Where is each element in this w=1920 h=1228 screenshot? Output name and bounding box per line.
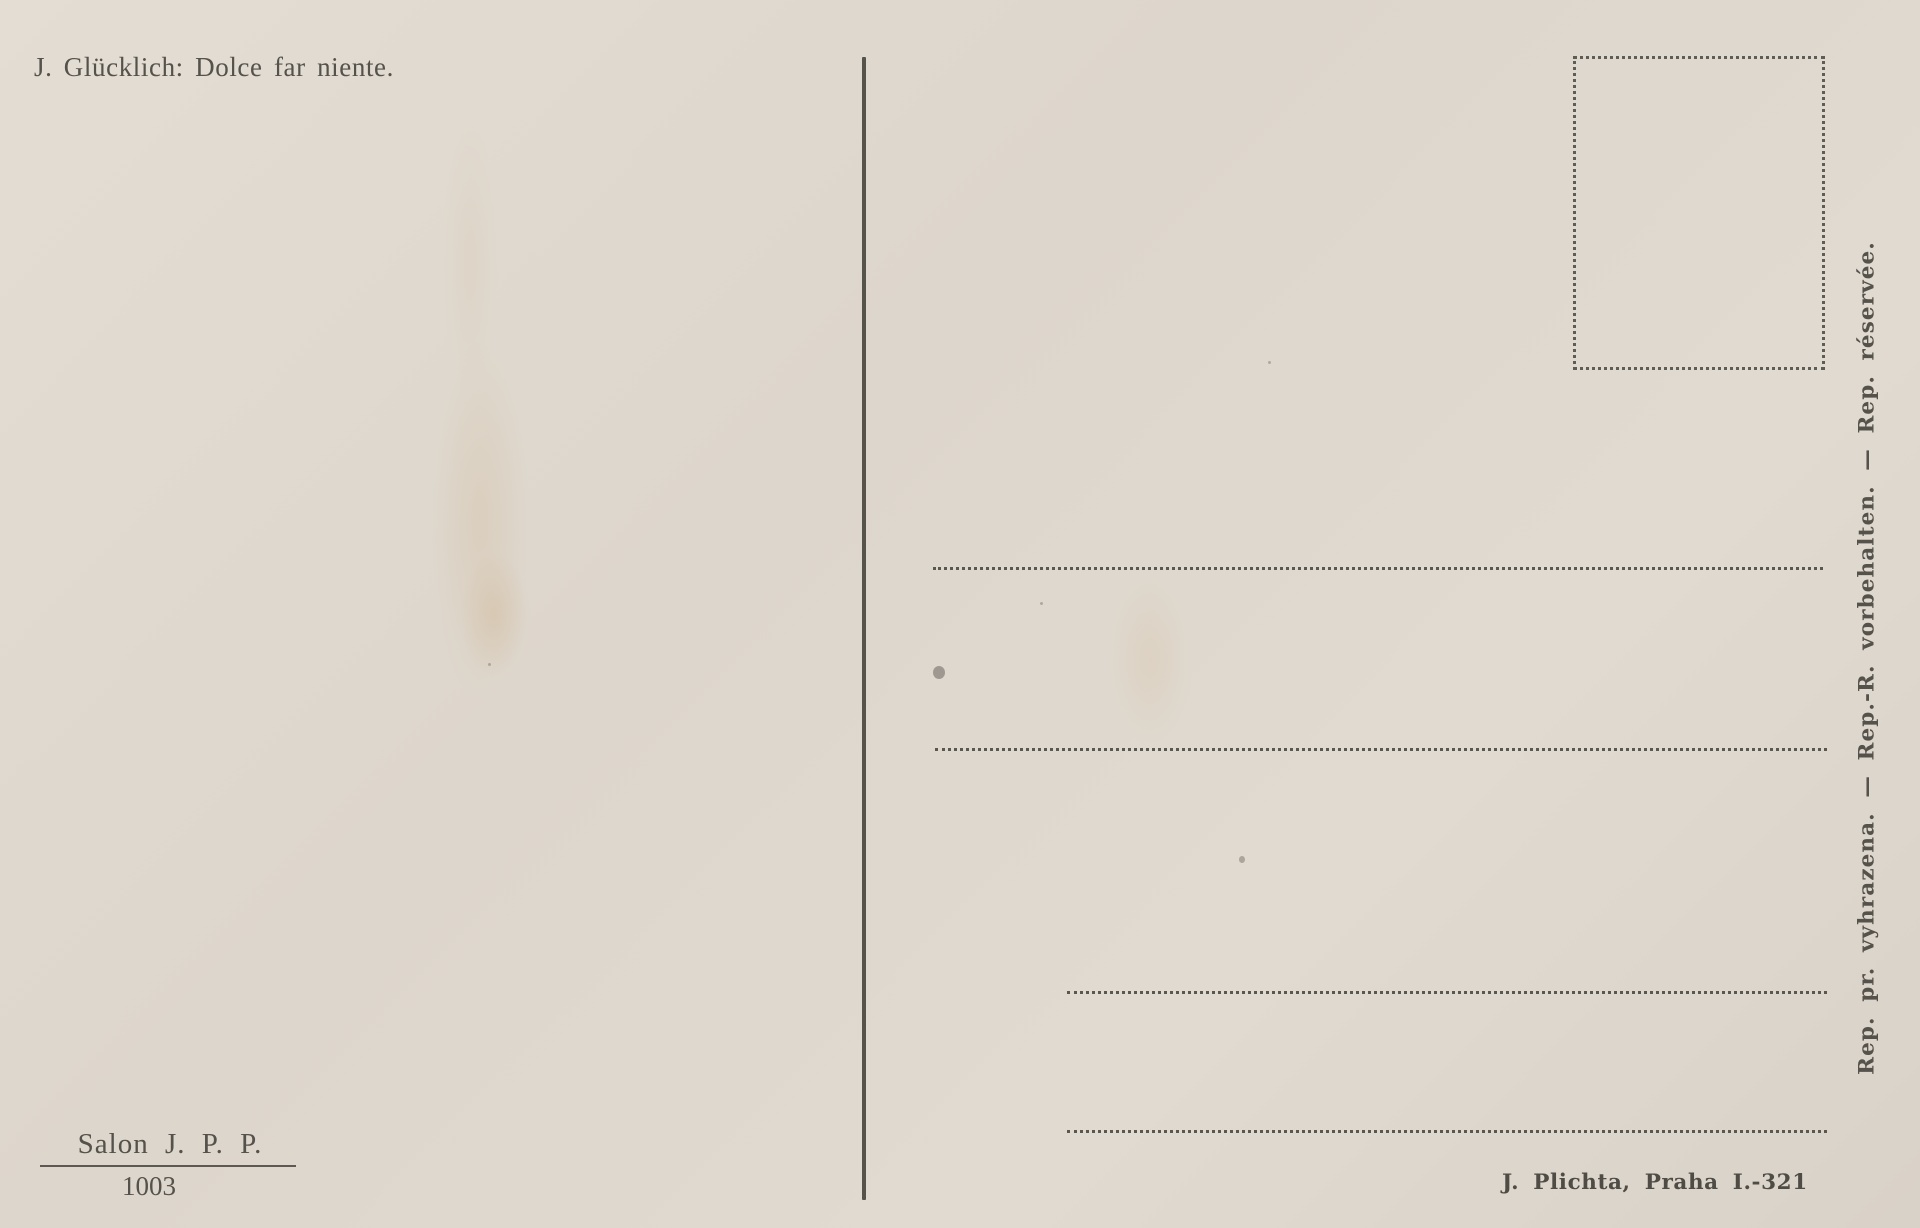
publisher-imprint: J. Plichta, Praha I.-321 [1502, 1170, 1808, 1195]
address-line-4 [1067, 1130, 1827, 1133]
address-line-2 [935, 748, 1827, 751]
address-line-1 [933, 567, 1823, 570]
message-address-divider [862, 57, 866, 1200]
ink-speck [1040, 602, 1043, 605]
ink-speck [1268, 361, 1271, 364]
salon-imprint: Salon J. P. P. 1003 [40, 1125, 296, 1201]
rights-notice-container: Rep. pr. vyhrazena. — Rep.-R. vorbehalte… [1847, 230, 1887, 1086]
address-line-3 [1067, 991, 1827, 994]
ink-speck [1239, 856, 1245, 863]
ink-speck [933, 666, 945, 679]
salon-number: 1003 [40, 1171, 296, 1201]
stamp-box [1573, 56, 1825, 370]
salon-name: Salon J. P. P. [40, 1125, 296, 1163]
rights-notice: Rep. pr. vyhrazena. — Rep.-R. vorbehalte… [1855, 241, 1880, 1075]
salon-rule [40, 1165, 296, 1167]
postcard-back: J. Glücklich: Dolce far niente. Salon J.… [0, 0, 1920, 1228]
artwork-title: J. Glücklich: Dolce far niente. [34, 52, 394, 83]
ink-speck [488, 663, 491, 666]
